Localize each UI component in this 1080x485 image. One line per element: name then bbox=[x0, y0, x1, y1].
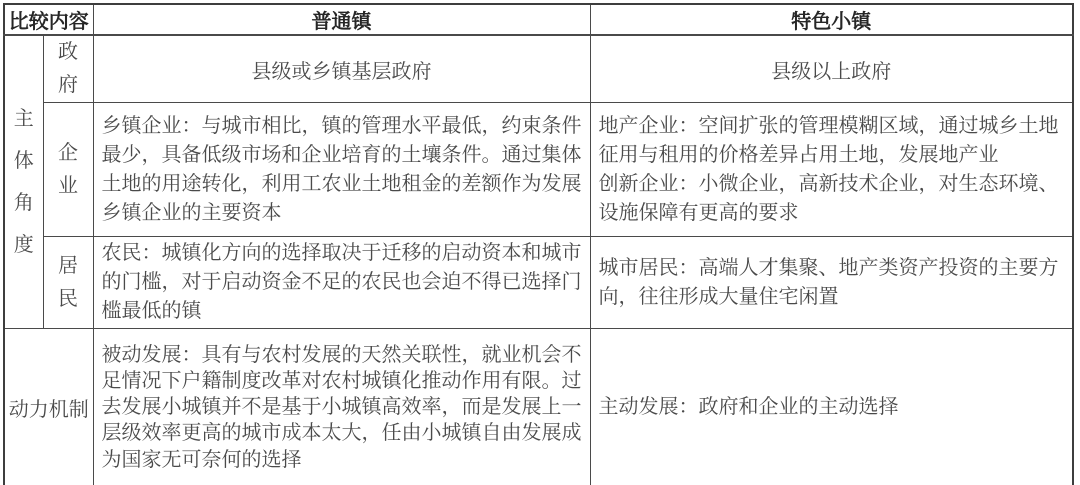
cell-resident-special: 城市居民：高端人才集聚、地产类资产投资的主要方向，往往形成大量住宅闲置 bbox=[590, 237, 1073, 329]
row-label-enterprise: 企业 bbox=[43, 103, 93, 237]
header-compare-content: 比较内容 bbox=[4, 4, 93, 35]
row-label-government: 政府 bbox=[43, 35, 93, 103]
government-vertical-label: 政府 bbox=[58, 36, 79, 102]
header-row: 比较内容 普通镇 特色小镇 bbox=[4, 4, 1073, 35]
row-enterprise: 企业 乡镇企业：与城市相比，镇的管理水平最低，约束条件最少，具备低级市场和企业培… bbox=[4, 103, 1073, 237]
row-label-resident: 居民 bbox=[43, 237, 93, 329]
cell-government-ordinary: 县级或乡镇基层政府 bbox=[93, 35, 590, 103]
row-mechanism: 动力机制 被动发展：具有与农村发展的天然关联性，就业机会不足情况下户籍制度改革对… bbox=[4, 329, 1073, 485]
comparison-table-page: 比较内容 普通镇 特色小镇 主体角度 政府 县级或乡镇基层政府 县级以上政府 企… bbox=[0, 0, 1080, 485]
subject-angle-vertical-label: 主体角度 bbox=[13, 98, 34, 266]
cell-resident-ordinary: 农民：城镇化方向的选择取决于迁移的启动资本和城市的门槛，对于启动资金不足的农民也… bbox=[93, 237, 590, 329]
row-resident: 居民 农民：城镇化方向的选择取决于迁移的启动资本和城市的门槛，对于启动资金不足的… bbox=[4, 237, 1073, 329]
header-special-town: 特色小镇 bbox=[590, 4, 1073, 35]
resident-vertical-label: 居民 bbox=[58, 250, 79, 316]
cell-government-special: 县级以上政府 bbox=[590, 35, 1073, 103]
enterprise-special-paragraph-realestate: 地产企业：空间扩张的管理模糊区域，通过城乡土地征用与租用的价格差异占用土地，发展… bbox=[599, 112, 1065, 170]
cell-mechanism-special: 主动发展：政府和企业的主动选择 bbox=[590, 329, 1073, 485]
enterprise-special-paragraph-innovation: 创新企业：小微企业，高新技术企业，对生态环境、设施保障有更高的要求 bbox=[599, 170, 1065, 228]
town-comparison-table: 比较内容 普通镇 特色小镇 主体角度 政府 县级或乡镇基层政府 县级以上政府 企… bbox=[3, 3, 1074, 485]
cell-enterprise-special: 地产企业：空间扩张的管理模糊区域，通过城乡土地征用与租用的价格差异占用土地，发展… bbox=[590, 103, 1073, 237]
group-label-subject-angle: 主体角度 bbox=[4, 35, 43, 329]
cell-enterprise-ordinary: 乡镇企业：与城市相比，镇的管理水平最低，约束条件最少，具备低级市场和企业培育的土… bbox=[93, 103, 590, 237]
row-government: 主体角度 政府 县级或乡镇基层政府 县级以上政府 bbox=[4, 35, 1073, 103]
cell-mechanism-ordinary: 被动发展：具有与农村发展的天然关联性，就业机会不足情况下户籍制度改革对农村城镇化… bbox=[93, 329, 590, 485]
enterprise-vertical-label: 企业 bbox=[58, 137, 79, 203]
row-label-mechanism: 动力机制 bbox=[4, 329, 93, 485]
header-ordinary-town: 普通镇 bbox=[93, 4, 590, 35]
